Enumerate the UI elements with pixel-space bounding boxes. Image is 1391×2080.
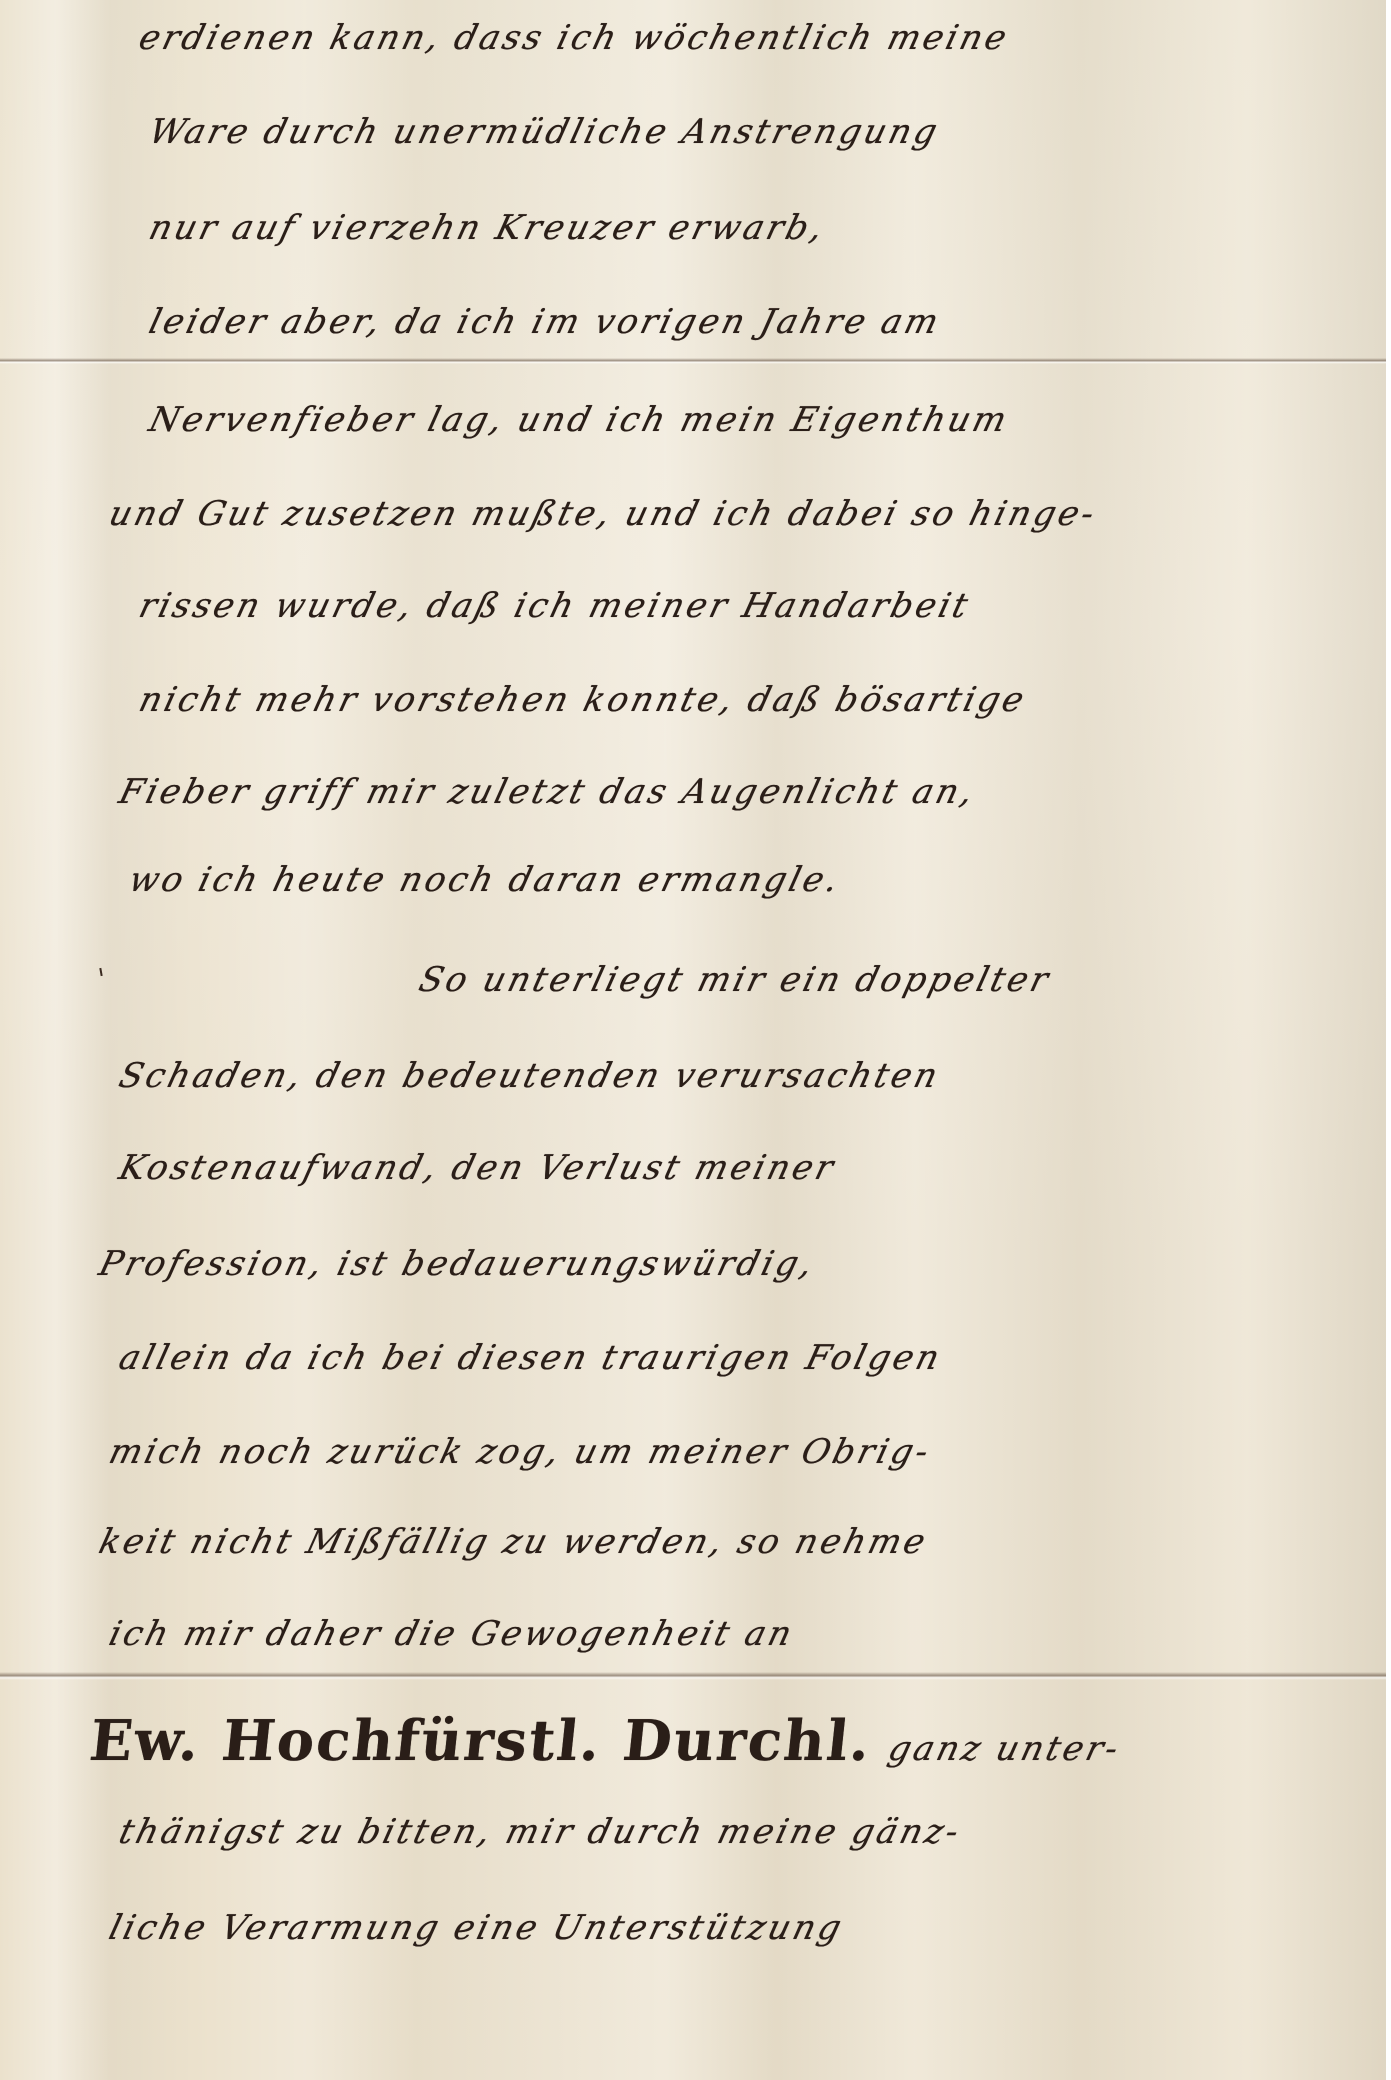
letter-line: nicht mehr vorstehen konnte, daß bösarti… xyxy=(135,680,1031,720)
letter-line: Kostenaufwand, den Verlust meiner xyxy=(115,1148,840,1188)
letter-line: ich mir daher die Gewogenheit an xyxy=(105,1614,799,1654)
letter-line: thänigst zu bitten, mir durch meine gänz… xyxy=(115,1812,966,1852)
salutation-title: Ew. Hochfürstl. Durchl. xyxy=(87,1708,876,1774)
letter-line: und Gut zusetzen mußte, und ich dabei so… xyxy=(105,494,1101,534)
letter-line: Ware durch unermüdliche Anstrengung xyxy=(145,112,944,152)
letter-line: mich noch zurück zog, um meiner Obrig- xyxy=(105,1432,935,1472)
letter-line: Nervenfieber lag, und ich mein Eigenthum xyxy=(145,400,1013,440)
letter-body: erdienen kann, dass ich wöchentlich mein… xyxy=(0,0,1386,2080)
letter-line: erdienen kann, dass ich wöchentlich mein… xyxy=(135,18,1013,58)
letter-line: allein da ich bei diesen traurigen Folge… xyxy=(115,1338,946,1378)
page-edge xyxy=(1386,0,1391,2080)
letter-line: So unterliegt mir ein doppelter xyxy=(415,960,1055,1000)
letter-line: Fieber griff mir zuletzt das Augenlicht … xyxy=(115,772,980,812)
salutation-line: Ew. Hochfürstl. Durchl.ganz unter- xyxy=(87,1708,1125,1774)
salutation-rest: ganz unter- xyxy=(884,1729,1125,1769)
letter-line: liche Verarmung eine Unterstützung xyxy=(105,1908,848,1948)
letter-line: Profession, ist bedauerungswürdig, xyxy=(95,1244,819,1284)
letter-line: keit nicht Mißfällig zu werden, so nehme xyxy=(95,1522,932,1562)
letter-line: wo ich heute noch daran ermangle. xyxy=(125,860,845,900)
letter-line: rissen wurde, daß ich meiner Handarbeit xyxy=(135,586,975,626)
letter-line: Schaden, den bedeutenden verursachten xyxy=(115,1056,944,1096)
letter-line: nur auf vierzehn Kreuzer erwarb, xyxy=(145,208,830,248)
letter-line: leider aber, da ich im vorigen Jahre am xyxy=(145,302,945,342)
